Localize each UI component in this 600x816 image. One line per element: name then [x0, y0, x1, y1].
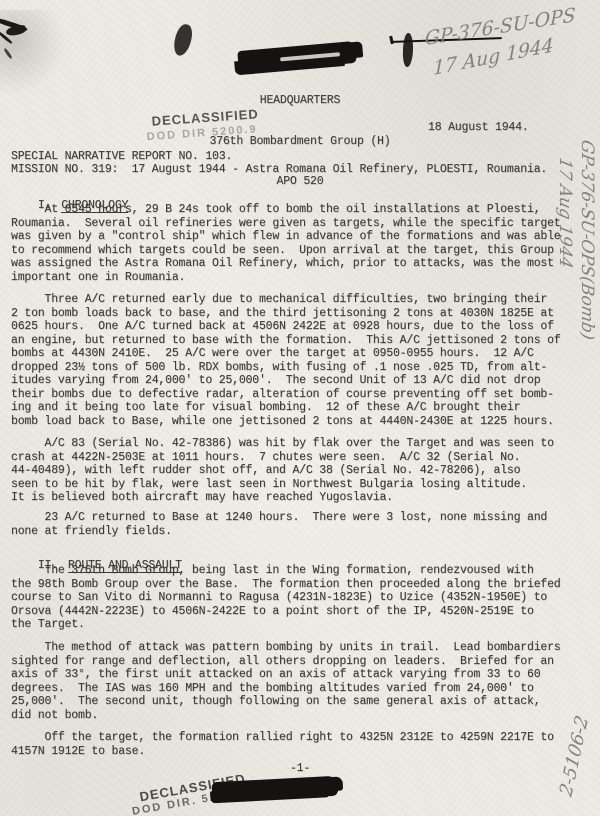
mission-line: MISSION NO. 319: 17 August 1944 - Astra … [11, 163, 547, 177]
ink-blob [172, 23, 194, 58]
paragraph: Three A/C returned early due to mechanic… [11, 293, 561, 428]
paragraph: The method of attack was pattern bombing… [11, 641, 561, 722]
document-date: 18 August 1944. [428, 121, 529, 135]
pen-stroke [389, 36, 394, 44]
paragraph: At 0545 hours, 29 B 24s took off to bomb… [11, 203, 561, 284]
header-group: 376th Bombardment Group (H) [0, 135, 600, 149]
header-org: HEADQUARTERS [0, 94, 600, 108]
scanned-document-page: GP-376-SU-OPS 17 Aug 1944 HEADQUARTERS 3… [0, 0, 600, 816]
report-number-line: SPECIAL NARRATIVE REPORT NO. 103. [11, 150, 232, 164]
ink-blob [402, 33, 414, 67]
paragraph: 23 A/C returned to Base at 1240 hours. T… [11, 511, 547, 538]
page-number: -1- [0, 762, 600, 776]
handwritten-annotation-side: GP-376-SU-OPS(Bomb) 17 Aug 1944 [552, 140, 598, 440]
paragraph: Off the target, the formation rallied ri… [11, 731, 554, 758]
paragraph: The 376th Bomb Group, being last in the … [11, 564, 561, 632]
handwritten-annotation-bottomright: 2-5106-2 [556, 655, 600, 799]
paragraph: A/C 83 (Serial No. 42-78386) was hit by … [11, 437, 554, 505]
redaction-gap [280, 52, 340, 61]
side-annotation-line2: 17 Aug 1944 [554, 156, 576, 443]
side-annotation-line1: GP-376-SU-OPS(Bomb) [576, 138, 598, 442]
